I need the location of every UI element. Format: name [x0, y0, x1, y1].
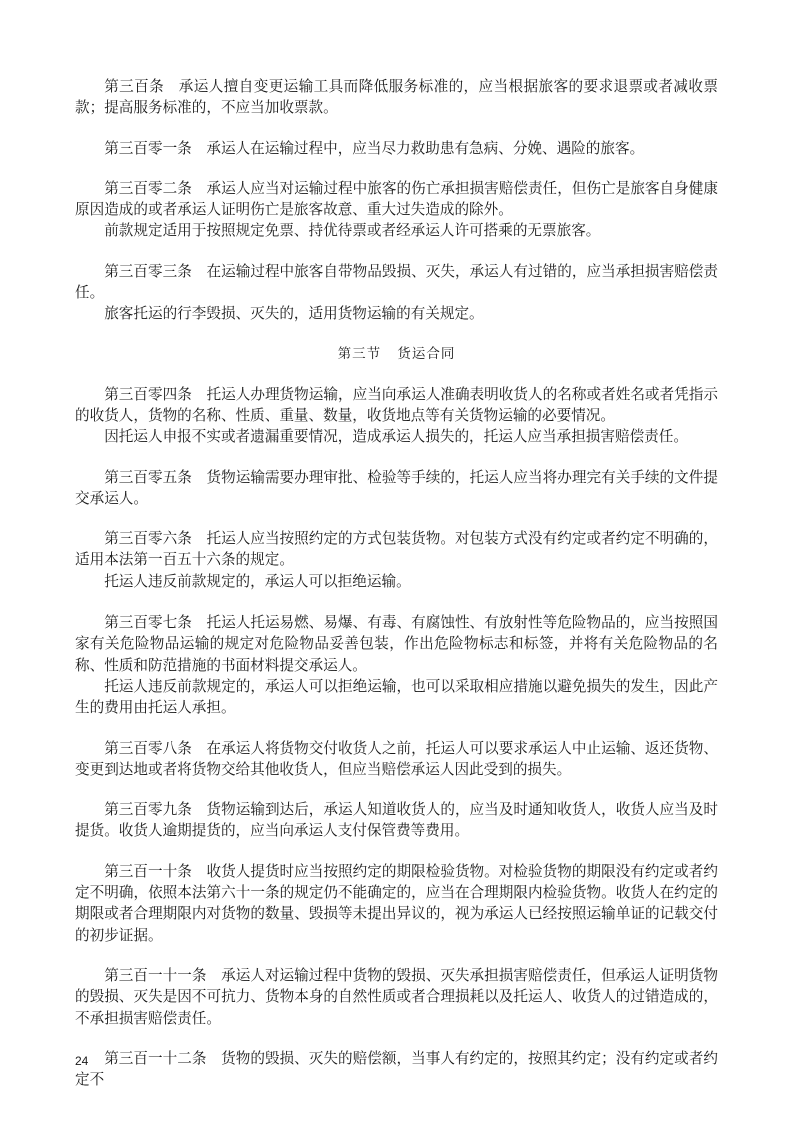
article-paragraph: 第三百零九条货物运输到达后，承运人知道收货人的，应当及时通知收货人，收货人应当及… — [75, 799, 718, 842]
article-paragraph: 第三百零一条承运人在运输过程中，应当尽力救助患有急病、分娩、遇险的旅客。 — [75, 138, 718, 159]
page-number: 24 — [75, 1054, 88, 1068]
article-311: 第三百一十一条承运人对运输过程中货物的毁损、灭失承担损害赔偿责任，但承运人证明货… — [75, 965, 718, 1029]
article-number: 第三百零九条 — [104, 801, 192, 818]
article-312: 第三百一十二条货物的毁损、灭失的赔偿额，当事人有约定的，按照其约定；没有约定或者… — [75, 1048, 718, 1091]
article-number: 第三百零五条 — [104, 469, 192, 486]
article-305: 第三百零五条货物运输需要办理审批、检验等手续的，托运人应当将办理完有关手续的文件… — [75, 467, 718, 510]
article-paragraph: 第三百条承运人擅自变更运输工具而降低服务标准的，应当根据旅客的要求退票或者减收票… — [75, 76, 718, 119]
article-310: 第三百一十条收货人提货时应当按照约定的期限检验货物。对检验货物的期限没有约定或者… — [75, 861, 718, 946]
article-306: 第三百零六条托运人应当按照约定的方式包装货物。对包装方式没有约定或者约定不明确的… — [75, 528, 718, 592]
article-307: 第三百零七条托运人托运易燃、易爆、有毒、有腐蚀性、有放射性等危险物品的，应当按照… — [75, 612, 718, 718]
article-paragraph: 托运人违反前款规定的，承运人可以拒绝运输。 — [75, 571, 718, 592]
article-number: 第三百零四条 — [104, 386, 192, 403]
article-number: 第三百零三条 — [104, 263, 192, 280]
article-paragraph: 第三百一十条收货人提货时应当按照约定的期限检验货物。对检验货物的期限没有约定或者… — [75, 861, 718, 946]
article-number: 第三百一十二条 — [104, 1050, 206, 1067]
article-paragraph: 旅客托运的行李毁损、灭失的，适用货物运输的有关规定。 — [75, 303, 718, 324]
article-309: 第三百零九条货物运输到达后，承运人知道收货人的，应当及时通知收货人，收货人应当及… — [75, 799, 718, 842]
article-301: 第三百零一条承运人在运输过程中，应当尽力救助患有急病、分娩、遇险的旅客。 — [75, 138, 718, 159]
article-number: 第三百零七条 — [104, 614, 192, 631]
article-paragraph: 前款规定适用于按照规定免票、持优待票或者经承运人许可搭乘的无票旅客。 — [75, 220, 718, 241]
article-303: 第三百零三条在运输过程中旅客自带物品毁损、灭失，承运人有过错的，应当承担损害赔偿… — [75, 261, 718, 325]
article-304: 第三百零四条托运人办理货物运输，应当向承运人准确表明收货人的名称或者姓名或者凭指… — [75, 384, 718, 448]
article-paragraph: 第三百零六条托运人应当按照约定的方式包装货物。对包装方式没有约定或者约定不明确的… — [75, 528, 718, 571]
section-title: 货运合同 — [397, 346, 455, 362]
document-page: 第三百条承运人擅自变更运输工具而降低服务标准的，应当根据旅客的要求退票或者减收票… — [75, 76, 718, 1090]
article-302: 第三百零二条承运人应当对运输过程中旅客的伤亡承担损害赔偿责任，但伤亡是旅客自身健… — [75, 178, 718, 242]
article-paragraph: 第三百零八条在承运人将货物交付收货人之前，托运人可以要求承运人中止运输、返还货物… — [75, 738, 718, 781]
article-number: 第三百一十一条 — [104, 967, 206, 984]
article-paragraph: 第三百一十一条承运人对运输过程中货物的毁损、灭失承担损害赔偿责任，但承运人证明货… — [75, 965, 718, 1029]
section-heading: 第三节货运合同 — [75, 344, 718, 365]
article-number: 第三百零一条 — [104, 140, 192, 157]
article-number: 第三百条 — [104, 78, 164, 95]
article-paragraph: 托运人违反前款规定的，承运人可以拒绝运输，也可以采取相应措施以避免损失的发生，因… — [75, 676, 718, 719]
article-paragraph: 第三百零二条承运人应当对运输过程中旅客的伤亡承担损害赔偿责任，但伤亡是旅客自身健… — [75, 178, 718, 221]
article-number: 第三百零八条 — [104, 740, 192, 757]
article-paragraph: 第三百零四条托运人办理货物运输，应当向承运人准确表明收货人的名称或者姓名或者凭指… — [75, 384, 718, 427]
section-number: 第三节 — [338, 346, 382, 362]
article-300: 第三百条承运人擅自变更运输工具而降低服务标准的，应当根据旅客的要求退票或者减收票… — [75, 76, 718, 119]
article-number: 第三百零二条 — [104, 180, 192, 197]
article-308: 第三百零八条在承运人将货物交付收货人之前，托运人可以要求承运人中止运输、返还货物… — [75, 738, 718, 781]
article-paragraph: 第三百零五条货物运输需要办理审批、检验等手续的，托运人应当将办理完有关手续的文件… — [75, 467, 718, 510]
article-number: 第三百一十条 — [104, 863, 192, 880]
article-number: 第三百零六条 — [104, 530, 192, 547]
article-paragraph: 第三百零七条托运人托运易燃、易爆、有毒、有腐蚀性、有放射性等危险物品的，应当按照… — [75, 612, 718, 676]
article-paragraph: 第三百一十二条货物的毁损、灭失的赔偿额，当事人有约定的，按照其约定；没有约定或者… — [75, 1048, 718, 1091]
article-paragraph: 第三百零三条在运输过程中旅客自带物品毁损、灭失，承运人有过错的，应当承担损害赔偿… — [75, 261, 718, 304]
article-paragraph: 因托运人申报不实或者遗漏重要情况，造成承运人损失的，托运人应当承担损害赔偿责任。 — [75, 426, 718, 447]
